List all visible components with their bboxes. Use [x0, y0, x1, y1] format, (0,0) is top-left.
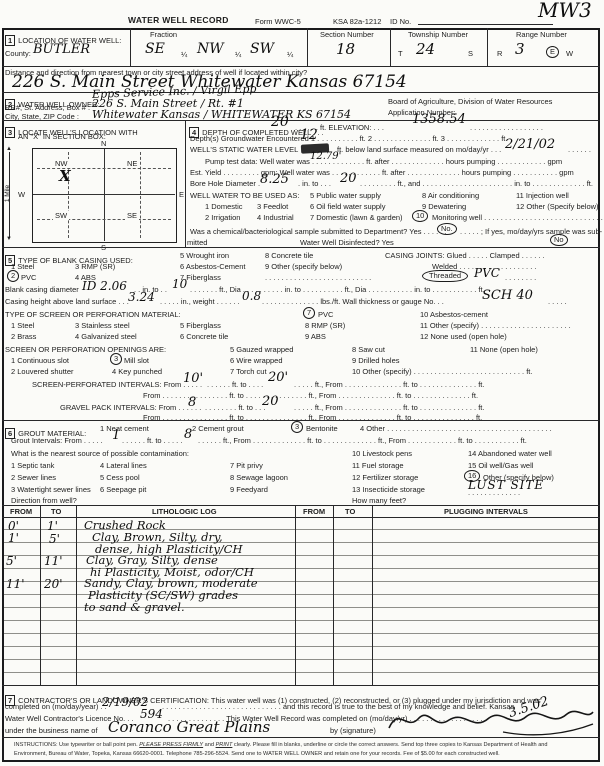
- signature: [385, 702, 597, 736]
- gravel-pack-from: 8: [188, 395, 196, 410]
- form-title: WATER WELL RECORD: [128, 15, 229, 25]
- use-option-7: 7 Domestic (lawn & garden): [310, 213, 403, 222]
- one-mile-arrow-down: ▼: [6, 236, 12, 242]
- openings-option-4: 4 Key punched: [112, 367, 162, 376]
- divider-line: [40, 505, 41, 685]
- fraction-q3: SW: [250, 41, 274, 57]
- completed-on-label: completed on (mo/day/year) . .: [5, 702, 107, 711]
- compass-east-label: E: [179, 190, 184, 199]
- casing-option-3: 3 RMP (SR): [75, 262, 115, 271]
- openings-option-6: 6 Wire wrapped: [230, 356, 283, 365]
- screen-intervals-rest: . . . . . ft., From . . . . . . . . . . …: [294, 380, 484, 389]
- contamination-10: 10 Livestock pens: [352, 449, 412, 458]
- compass-north-label: N: [101, 139, 106, 148]
- screen-option-9: 9 ABS: [305, 332, 326, 341]
- owner-address-label: RR#, St. Address, Box # :: [5, 103, 90, 112]
- casing-option-6: 6 Asbestos-Cement: [180, 262, 245, 271]
- contamination-2: 2 Sewer lines: [11, 473, 56, 482]
- contamination-9: 9 Feedyard: [230, 485, 268, 494]
- elevation-dots: . . . . . . . . . . . . . . . . . .: [470, 123, 543, 132]
- grout-option-2: 2 Cement grout: [192, 424, 244, 433]
- section-number-label: Section Number: [320, 30, 374, 39]
- table-header-from-2: FROM: [303, 507, 325, 516]
- range-value: 3: [515, 40, 525, 58]
- contamination-12: 12 Fertilizer storage: [352, 473, 418, 482]
- screen-option-2: 2 Brass: [11, 332, 36, 341]
- section-box-dash: [37, 168, 171, 169]
- casing-height-value: 3.24: [128, 290, 155, 304]
- depth-completed-value: 20: [271, 114, 289, 130]
- quadrant-se-label: SE: [125, 211, 139, 220]
- grout-option-4: 4 Other . . . . . . . . . . . . . . . . …: [360, 424, 552, 433]
- static-water-level-date: 2/21/02: [505, 137, 555, 152]
- board-label: Board of Agriculture, Division of Water …: [388, 97, 552, 106]
- use-option-1: 1 Domestic: [205, 202, 243, 211]
- casing-option-9: 9 Other (specify below): [265, 262, 342, 271]
- section-box-dash: [140, 152, 141, 238]
- quarter-glyph: ¼: [235, 50, 241, 59]
- screen-interval-from: 10': [183, 371, 203, 386]
- casing-gauge-value: SCH 40: [482, 288, 533, 303]
- openings-title: SCREEN OR PERFORATION OPENINGS ARE:: [5, 345, 166, 354]
- contamination-14: 14 Abandoned water well: [468, 449, 552, 458]
- screen-interval-to: 20': [268, 370, 288, 385]
- instructions-line-2: Environment, Bureau of Water, Topeka, Ka…: [14, 751, 500, 757]
- divider-line: [333, 505, 334, 685]
- divider-line: [2, 66, 600, 67]
- divider-line: [390, 28, 391, 66]
- static-water-level-rest: ft. below land surface measured on mo/da…: [337, 145, 501, 154]
- gravel-pack-line2: From . . . . . . . . . . . . . . . . ft.…: [143, 413, 482, 422]
- openings-option-10: 10 Other (specify) . . . . . . . . . . .…: [352, 367, 532, 376]
- bore-hole-depth-value: 20: [340, 171, 357, 186]
- use-option-4: 4 Industrial: [257, 213, 294, 222]
- groundwater-dots: . . . . . . . . . ft. 2 . . . . . . . . …: [322, 134, 507, 143]
- section-box-center-horizontal: [33, 194, 175, 195]
- screen-intervals-mid: . . . . . . ft. to . . . .: [207, 380, 263, 389]
- instructions-print: PRINT: [216, 742, 233, 748]
- contamination-1: 1 Septic tank: [11, 461, 54, 470]
- county-value: BUTLER: [33, 42, 90, 57]
- owner-city-value: Whitewater Kansas / WHITEWATER KS 67154: [92, 108, 351, 121]
- use-option-11: 11 Injection well: [516, 191, 569, 200]
- casing-weight-value: 0.8: [242, 289, 261, 303]
- business-name-value: Coranco Great Plains: [108, 718, 270, 736]
- instructions-1a: INSTRUCTIONS: Use typewriter or ball poi…: [14, 742, 139, 748]
- casing-height-label: Casing height above land surface . . .: [5, 297, 129, 306]
- screen-option-10: 10 Asbestos-cement: [420, 310, 488, 319]
- casing-joints-label: CASING JOINTS: Glued . . . . . Clamped .…: [385, 251, 545, 260]
- casing-height-rest: . . . . . . . . . . . . . . lbs./ft. Wal…: [262, 297, 444, 306]
- est-yield-line: Est. Yield . . . . . . . . . gpm: Well w…: [190, 168, 574, 177]
- fraction-q1: SE: [145, 41, 165, 57]
- divider-line: [372, 505, 373, 685]
- contamination-13: 13 Insecticide storage: [352, 485, 425, 494]
- lith-text: to sand & gravel.: [84, 600, 185, 614]
- openings-option-8: 8 Saw cut: [352, 345, 385, 354]
- township-label: Township Number: [408, 30, 468, 39]
- screen-option-7-label: PVC: [318, 310, 333, 319]
- screen-option-1: 1 Steel: [11, 321, 34, 330]
- county-label: County:: [5, 49, 31, 58]
- joints-threaded-dots: . . . . . . . .: [505, 273, 536, 282]
- casing-diameter-rest: . . . . . . . ft., Dia . . . . . . . . .…: [190, 285, 485, 294]
- range-w: W: [566, 49, 573, 58]
- bore-hole-label: Bore Hole Diameter .: [190, 179, 260, 188]
- use-option-3: 3 Feedlot: [257, 202, 288, 211]
- instructions-1e: clearly. Please fill in blanks, underlin…: [232, 742, 547, 748]
- lith-to: 20': [44, 577, 63, 591]
- table-header-plugging-intervals: PLUGGING INTERVALS: [444, 507, 528, 516]
- section-box-center-vertical: [104, 149, 105, 241]
- grout-option-3-label: Bentonite: [306, 424, 338, 433]
- screen-material-title: TYPE OF SCREEN OR PERFORATION MATERIAL:: [5, 310, 181, 319]
- divider-line: [76, 505, 77, 685]
- casing-option-5: 5 Wrought iron: [180, 251, 229, 260]
- well-location-x-mark: X: [59, 167, 71, 185]
- pump-test-line: Pump test data: Well water was . . . . .…: [205, 157, 562, 166]
- static-water-level-label: WELL'S STATIC WATER LEVEL: [190, 145, 298, 154]
- sample-rest: . . . . . ; If yes, mo/day/yrs sample wa…: [460, 227, 602, 236]
- instructions-1c: and: [203, 742, 215, 748]
- casing-gauge-dots: . . . . .: [548, 297, 567, 306]
- openings-option-2: 2 Louvered shutter: [11, 367, 74, 376]
- bore-hole-diameter-value: 8.25: [260, 172, 289, 187]
- grout-intervals-rest: . . . . . . ft., From . . . . . . . . . …: [198, 436, 527, 445]
- static-water-level-dots: . . . . . .: [568, 145, 591, 154]
- range-label: Range Number: [516, 30, 567, 39]
- gravel-pack-label: GRAVEL PACK INTERVALS: From . . . . . .: [60, 403, 201, 412]
- casing-depth-value: 10: [172, 277, 187, 291]
- use-option-5: 5 Public water supply: [310, 191, 381, 200]
- casing-option-8: 8 Concrete tile: [265, 251, 313, 260]
- openings-option-3-label: Mill slot: [124, 356, 149, 365]
- compass-west-label: W: [18, 190, 25, 199]
- contamination-7: 7 Pit privy: [230, 461, 263, 470]
- one-mile-arrow-up: ▲: [6, 146, 12, 152]
- direction-from-well-label: Direction from well?: [11, 496, 77, 505]
- id-blank-line: [418, 24, 553, 25]
- how-many-feet-label: How many feet?: [352, 496, 406, 505]
- lith-from: 11': [6, 577, 25, 591]
- use-option-2: 2 Irrigation: [205, 213, 240, 222]
- signature-label: by (signature): [330, 726, 376, 735]
- gravel-pack-rest: . . . . . ft., From . . . . . . . . . . …: [294, 403, 484, 412]
- grout-interval-to: 8: [184, 427, 192, 442]
- divider-line: [295, 505, 296, 685]
- lith-to: 5': [49, 532, 60, 546]
- section-1-number: 1: [5, 35, 15, 46]
- lith-to: 11': [44, 554, 63, 568]
- screen-intervals-label: SCREEN-PERFORATED INTERVALS: From . . . …: [32, 380, 202, 389]
- contamination-8: 8 Sewage lagoon: [230, 473, 288, 482]
- divider-line: [185, 120, 186, 247]
- fraction-label: Fraction: [150, 30, 177, 39]
- form-id-label: ID No.: [390, 17, 411, 26]
- grout-interval-from: 1: [112, 428, 120, 443]
- openings-option-11: 11 None (open hole): [470, 345, 538, 354]
- openings-option-9: 9 Drilled holes: [352, 356, 400, 365]
- one-mile-label: 1 Mile: [3, 185, 12, 202]
- instructions-line-1: INSTRUCTIONS: Use typewriter or ball poi…: [14, 742, 548, 748]
- township-t: T: [398, 49, 403, 58]
- gravel-pack-mid: . . . . . . . . ft. to . . .: [205, 403, 265, 412]
- section-number-value: 18: [336, 40, 355, 58]
- section-3-title-2: AN "X" IN SECTION BOX:: [18, 132, 106, 141]
- use-option-9: 9 Dewatering: [422, 202, 466, 211]
- range-east-circled: E: [546, 46, 559, 58]
- bore-hole-mid: . in. to . . .: [298, 179, 331, 188]
- instructions-press-firmly: PLEASE PRESS FIRMLY: [139, 742, 203, 748]
- form-number: Form WWC-5: [255, 17, 301, 26]
- openings-option-1: 1 Continuous slot: [11, 356, 69, 365]
- quadrant-sw-label: SW: [53, 211, 69, 220]
- elevation-value: 1358.54: [412, 112, 466, 127]
- quarter-glyph: ¼: [287, 50, 293, 59]
- divider-line: [2, 737, 600, 738]
- township-value: 24: [416, 40, 435, 58]
- joints-threaded-value: PVC: [474, 266, 500, 280]
- contamination-3: 3 Watertight sewer lines: [11, 485, 91, 494]
- contamination-11: 11 Fuel storage: [352, 461, 404, 470]
- sample-no-circled: No.: [437, 223, 457, 235]
- township-s: S: [468, 49, 473, 58]
- screen-option-4: 4 Galvanized steel: [75, 332, 137, 341]
- openings-option-7: 7 Torch cut: [230, 367, 267, 376]
- lith-from: 1': [8, 531, 19, 545]
- screen-option-3: 3 Stainless steel: [75, 321, 130, 330]
- section-box: NW NE SW SE X: [32, 148, 177, 243]
- screen-option-6: 6 Concrete tile: [180, 332, 228, 341]
- grout-option-1: 1 Neat cement: [100, 424, 149, 433]
- joints-threaded-circled: Threaded: [422, 270, 468, 282]
- fraction-q2: NW: [197, 41, 224, 57]
- disinfected-no-circled: No: [550, 234, 568, 246]
- contamination-title: What is the nearest source of possible c…: [11, 449, 189, 458]
- well-id-annotation: MW3: [538, 0, 592, 22]
- use-option-6: 6 Oil field water supply: [310, 202, 385, 211]
- water-well-record-form: MW3 WATER WELL RECORD Form WWC-5 KSA 82a…: [0, 0, 604, 766]
- screen-option-5: 5 Fiberglass: [180, 321, 221, 330]
- form-ksa: KSA 82a-1212: [333, 17, 381, 26]
- lith-from: 5': [6, 554, 17, 568]
- section-3-number: 3: [5, 127, 15, 138]
- business-name-label: under the business name of: [5, 726, 98, 735]
- disinfected-label: Water Well Disinfected? Yes: [300, 238, 394, 247]
- owner-city-label: City, State, ZIP Code :: [5, 112, 79, 121]
- divider-line: [2, 685, 600, 686]
- casing-option-9-dots: . . . . . . . . . . . . . . . . . . . . …: [265, 273, 371, 282]
- divider-line: [307, 28, 308, 66]
- quadrant-ne-label: NE: [125, 159, 139, 168]
- use-option-10-label: Monitoring well . . . . . . . . . . . . …: [432, 213, 603, 222]
- divider-line: [487, 28, 488, 66]
- table-header-from: FROM: [10, 507, 32, 516]
- divider-line: [130, 28, 131, 66]
- openings-option-5: 5 Gauzed wrapped: [230, 345, 293, 354]
- divider-line: [2, 505, 600, 506]
- table-header-lithologic-log: LITHOLOGIC LOG: [152, 507, 217, 516]
- lith-to: 1': [47, 519, 58, 533]
- contamination-6: 6 Seepage pit: [100, 485, 146, 494]
- grout-intervals-label: Grout Intervals: From . . . . .: [11, 436, 103, 445]
- table-header-to-2: TO: [345, 507, 355, 516]
- groundwater-depth-1: 12: [300, 127, 318, 143]
- bore-hole-rest: . . . . . . . . . ft., and . . . . . . .…: [360, 179, 593, 188]
- contamination-15: 15 Oil well/Gas well: [468, 461, 533, 470]
- screen-option-8: 8 RMP (SR): [305, 321, 345, 330]
- table-header-to: TO: [51, 507, 61, 516]
- contamination-5: 5 Cess pool: [100, 473, 140, 482]
- screen-option-11: 11 Other (specify) . . . . . . . . . . .…: [420, 321, 571, 330]
- gravel-pack-to: 20: [262, 394, 279, 409]
- casing-option-2-label: PVC: [21, 273, 36, 282]
- screen-option-12: 12 None used (open hole): [420, 332, 507, 341]
- casing-diameter-label: Blank casing diameter: [5, 285, 79, 294]
- use-option-12: 12 Other (Specify below): [516, 202, 599, 211]
- casing-height-mid: . . . . . in., weight . . . . . .: [160, 297, 240, 306]
- range-r: R: [497, 49, 502, 58]
- quarter-glyph: ¼: [181, 50, 187, 59]
- contamination-other-value: LUST SITE: [468, 478, 544, 492]
- use-title: WELL WATER TO BE USED AS:: [190, 191, 299, 200]
- divider-line: [2, 247, 600, 248]
- grout-intervals-mid: . . . . . . ft. to . . . . .: [122, 436, 182, 445]
- use-option-8: 8 Air conditioning: [422, 191, 479, 200]
- contamination-4: 4 Lateral lines: [100, 461, 147, 470]
- sample-question: Was a chemical/bacteriological sample su…: [190, 227, 447, 236]
- casing-diameter-value: ID 2.06: [82, 279, 127, 293]
- sample-mitted: mitted: [187, 238, 207, 247]
